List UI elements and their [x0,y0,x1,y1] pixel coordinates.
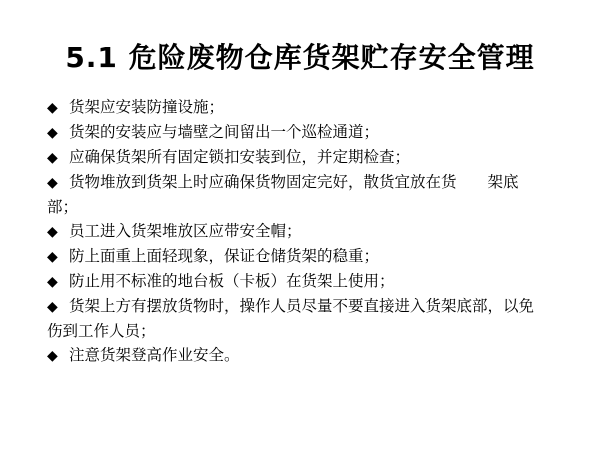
list-item-text: 防上面重上面轻现象，保证仓储货架的稳重； [69,247,379,265]
list-item-text: 货物堆放到货架上时应确保货物固定完好，散货宜放在货 架底部； [47,173,519,216]
diamond-icon: ◆ [47,96,69,120]
list-item: ◆应确保货架所有固定锁扣安装到位，并定期检查； [47,145,547,170]
diamond-icon: ◆ [47,344,69,368]
list-item: ◆注意货架登高作业安全。 [47,343,547,368]
list-item: ◆货物堆放到货架上时应确保货物固定完好，散货宜放在货 架底部； [47,170,547,219]
list-item: ◆货架上方有摆放货物时，操作人员尽量不要直接进入货架底部，以免伤到工作人员； [47,294,547,343]
diamond-icon: ◆ [47,295,69,319]
list-item: ◆防上面重上面轻现象，保证仓储货架的稳重； [47,244,547,269]
list-item-text: 防止用不标准的地台板（卡板）在货架上使用； [69,272,395,290]
diamond-icon: ◆ [47,171,69,195]
list-item-text: 注意货架登高作业安全。 [69,346,240,364]
diamond-icon: ◆ [47,220,69,244]
list-item-text: 应确保货架所有固定锁扣安装到位，并定期检查； [69,148,410,166]
slide-title: 5.1 危险废物仓库货架贮存安全管理 [0,36,600,76]
diamond-icon: ◆ [47,146,69,170]
diamond-icon: ◆ [47,245,69,269]
list-item-text: 货架应安装防撞设施； [69,98,224,116]
list-item-text: 货架的安装应与墙壁之间留出一个巡检通道； [69,123,379,141]
list-item-text: 员工进入货架堆放区应带安全帽； [69,222,302,240]
diamond-icon: ◆ [47,121,69,145]
list-item-text: 货架上方有摆放货物时，操作人员尽量不要直接进入货架底部，以免伤到工作人员； [47,297,534,340]
list-item: ◆防止用不标准的地台板（卡板）在货架上使用； [47,269,547,294]
list-item: ◆货架应安装防撞设施； [47,95,547,120]
list-item: ◆货架的安装应与墙壁之间留出一个巡检通道； [47,120,547,145]
list-item: ◆员工进入货架堆放区应带安全帽； [47,219,547,244]
bullet-list: ◆货架应安装防撞设施； ◆货架的安装应与墙壁之间留出一个巡检通道； ◆应确保货架… [47,95,547,368]
diamond-icon: ◆ [47,270,69,294]
